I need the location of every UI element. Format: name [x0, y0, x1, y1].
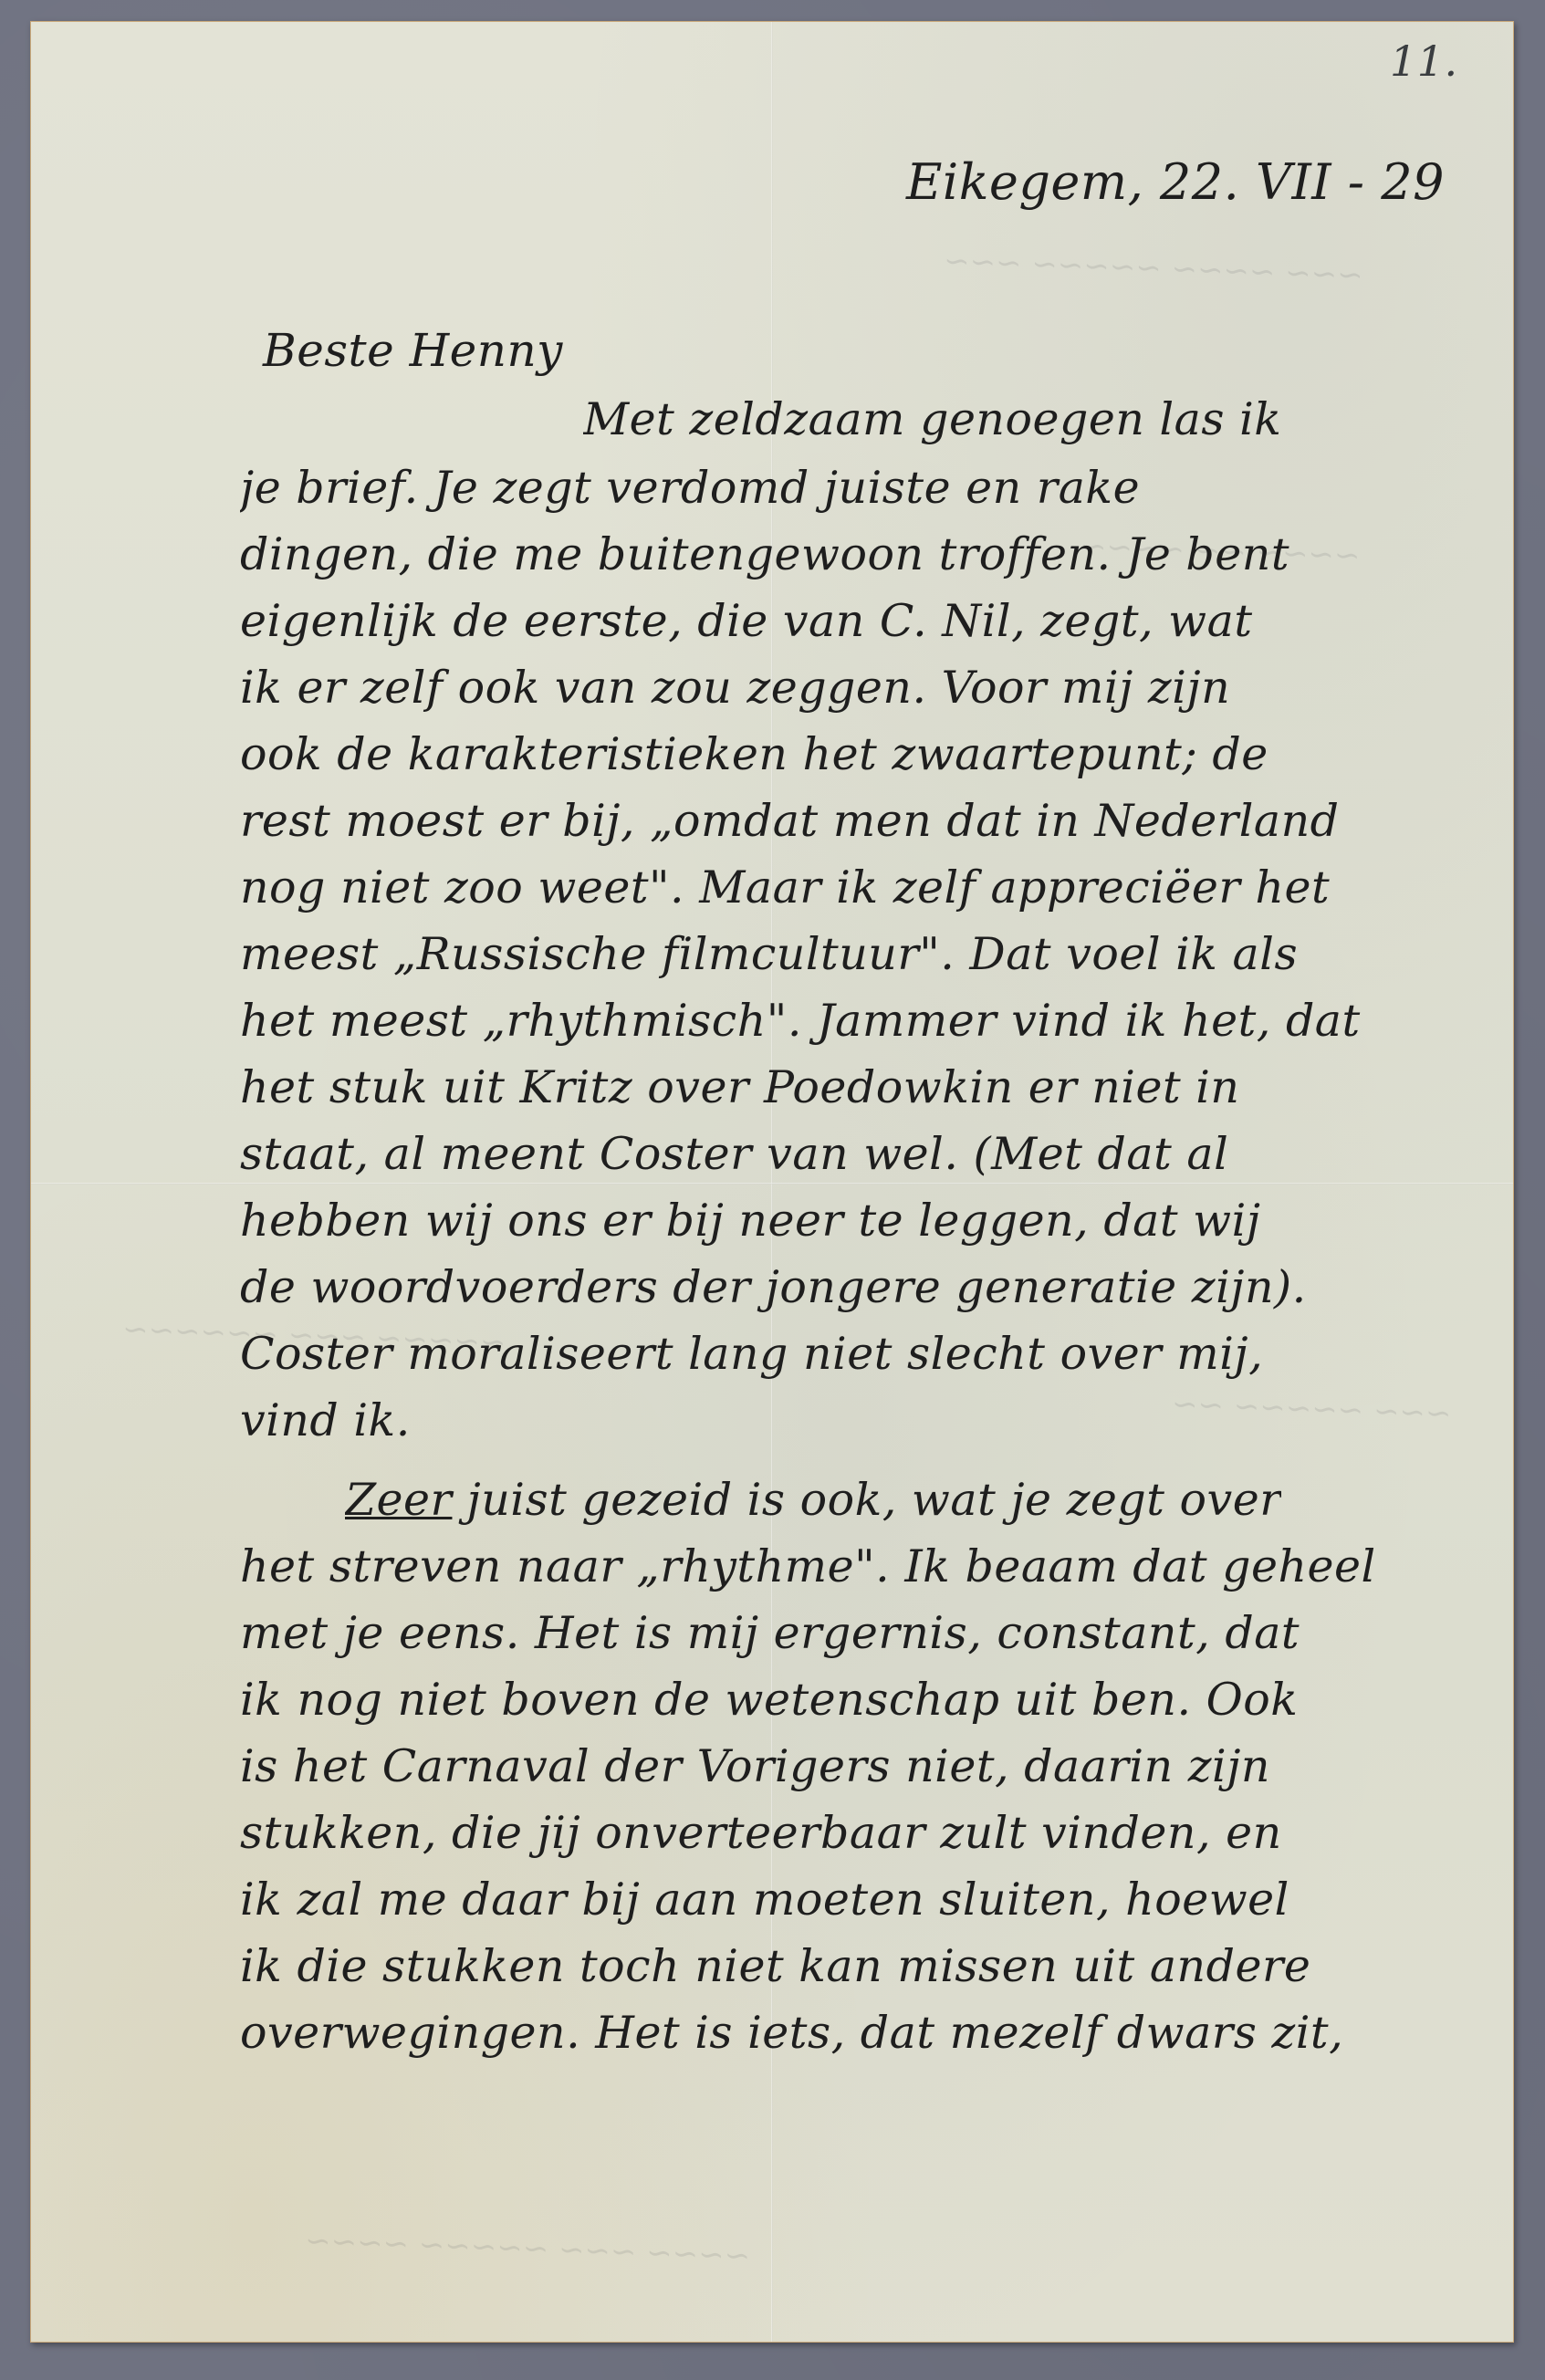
letter-line: ook de karakteristieken het zwaartepunt;… [240, 727, 1268, 782]
page-number: 11. [1390, 37, 1458, 86]
show-through-text: ~~~~ ~~~ ~~~~~ ~~~~ [304, 2222, 750, 2274]
place-and-date: Eikegem, 22. VII - 29 [906, 153, 1445, 211]
letter-line: de woordvoerders der jongere generatie z… [240, 1260, 1307, 1315]
letter-line: eigenlijk de eerste, die van C. Nil, zeg… [240, 594, 1253, 649]
letter-line: staat, al meent Coster van wel. (Met dat… [240, 1127, 1228, 1182]
letter-line: rest moest er bij, „omdat men dat in Ned… [240, 794, 1340, 849]
letter-line: met je eens. Het is mij ergernis, consta… [240, 1606, 1300, 1661]
show-through-text: ~~~ ~~~~~ ~~ [1171, 1386, 1452, 1433]
letter-line: nog niet zoo weet". Maar ik zelf appreci… [240, 861, 1330, 915]
letter-sheet: ~~~ ~~~~ ~~~~~ ~~~ ~~~~ ~~ ~~~~ ~~~~~ ~~… [30, 21, 1514, 2343]
letter-line: ik nog niet boven de wetenschap uit ben.… [240, 1673, 1298, 1728]
letter-line: meest „Russische filmcultuur". Dat voel … [240, 927, 1298, 982]
horizontal-fold-line [31, 1183, 1513, 1185]
paragraph-start-line: Zeer juist gezeid is ook, wat je zegt ov… [345, 1473, 1281, 1528]
letter-line: je brief. Je zegt verdomd juiste en rake [240, 461, 1140, 516]
letter-line: overwegingen. Het is iets, dat mezelf dw… [240, 2006, 1343, 2061]
letter-line: het meest „rhythmisch". Jammer vind ik h… [240, 994, 1361, 1049]
letter-line: ik die stukken toch niet kan missen uit … [240, 1939, 1310, 1994]
letter-line: het stuk uit Kritz over Poedowkin er nie… [240, 1060, 1239, 1115]
letter-line: Met zeldzaam genoegen las ik [583, 392, 1281, 447]
letter-line: hebben wij ons er bij neer te leggen, da… [240, 1194, 1260, 1248]
salutation: Beste Henny [263, 324, 563, 377]
letter-line: is het Carnaval der Vorigers niet, daari… [240, 1739, 1270, 1794]
underlined-word: Zeer [345, 1473, 452, 1528]
letter-line-rest: juist gezeid is ook, wat je zegt over [452, 1473, 1281, 1528]
letter-line: het streven naar „rhythme". Ik beaam dat… [240, 1540, 1376, 1594]
letter-line: Coster moraliseert lang niet slecht over… [240, 1327, 1263, 1382]
letter-line: stukken, die jij onverteerbaar zult vind… [240, 1806, 1282, 1861]
letter-line: ik er zelf ook van zou zeggen. Voor mij … [240, 661, 1230, 715]
letter-line: dingen, die me buitengewoon troffen. Je … [240, 527, 1289, 582]
letter-line: ik zal me daar bij aan moeten sluiten, h… [240, 1873, 1289, 1927]
letter-line: vind ik. [240, 1394, 411, 1448]
show-through-text: ~~~ ~~~~ ~~~~~ ~~~ [943, 243, 1363, 294]
